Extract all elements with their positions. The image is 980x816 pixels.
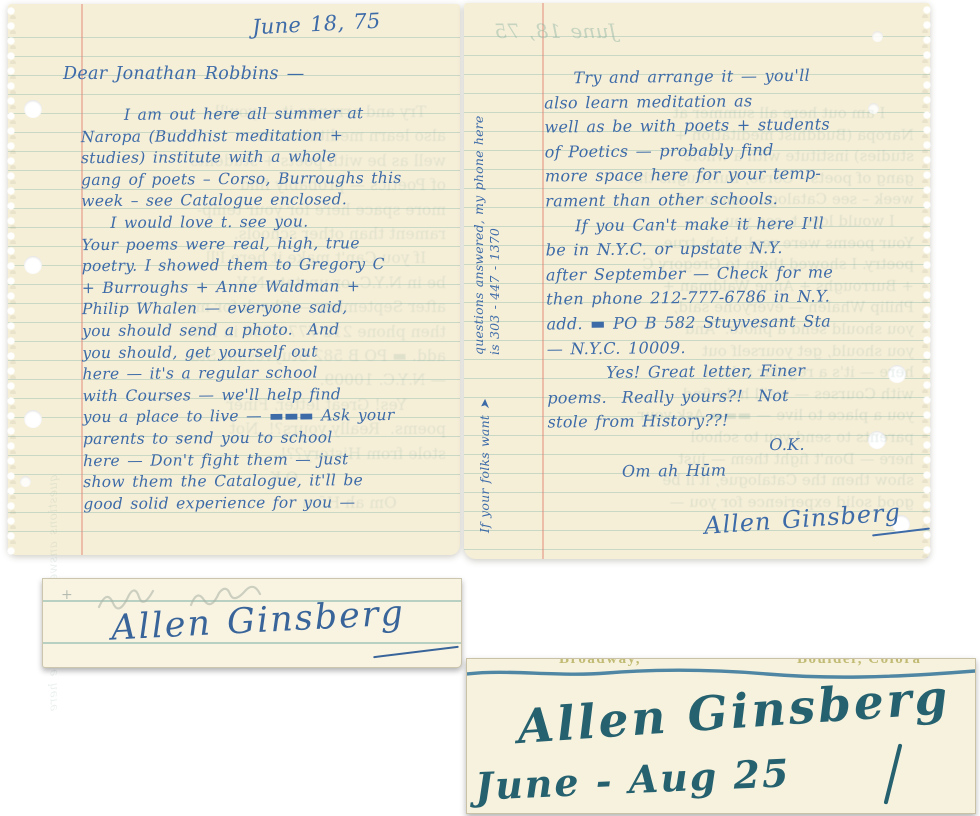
handwriting-line: show them the Catalogue, it'll be [83,470,404,494]
pencil-mark: + [61,587,73,603]
handwriting-line: Philip Whalen — everyone said, [82,297,403,321]
handwriting-line: more space here for your temp- [545,162,832,190]
punch-hole [868,103,879,114]
salutation: Dear Jonathan Robbins — [63,64,305,84]
handwriting-line: add. ▬ PO B 582 Stuyvesant Sta [546,309,833,337]
scanned-letter-collage: Try and arrange it — you'llalso learn me… [0,0,980,816]
letter-body-page-1: I am out here all summer atNaropa (Buddh… [81,103,404,516]
handwriting-line: also learn meditation as [544,88,831,116]
handwriting-line: with Courses — we'll help find [83,384,404,408]
handwriting-line: you should, get yourself out [82,340,403,364]
handwriting-line: Om ah Hūm [548,457,835,485]
handwriting-line: Your poems were real, high, true [81,232,402,256]
signature-detail-crop-2: Broadway, Boulder, Colora Allen Ginsberg… [466,658,976,814]
handwriting-line: gang of poets – Corso, Burroughs this [81,168,402,192]
margin-note-folks: If your folks want ➤ [477,399,493,533]
handwriting-line: be in N.Y.C. or upstate N.Y. [546,236,833,264]
pen-stroke [884,743,903,804]
handwriting-line: studies) institute with a whole [81,146,402,170]
handwriting-line: here — it's a regular school [82,362,403,386]
punch-hole [888,365,906,383]
handwriting-line: parents to send you to school [83,427,404,451]
bleed-through-date: June 18, 75 [494,19,617,43]
handwriting-line: then phone 212-777-6786 in N.Y. [546,285,833,313]
punch-hole [24,410,42,428]
margin-note-phone: questions answered, my phone here is 303… [471,116,502,356]
punch-hole [20,476,31,487]
torn-spiral-edge-left [7,4,20,555]
handwriting-line: after September — Check for me [546,260,833,288]
punch-hole [868,431,886,449]
handwriting-line: week – see Catalogue enclosed. [81,189,402,213]
handwriting-line: — N.Y.C. 10009. [547,334,834,362]
handwriting-line: Try and arrange it — you'll [544,64,831,92]
torn-spiral-edge-right [918,3,931,559]
handwriting-line: of Poetics — probably find [545,137,832,165]
punch-hole [24,100,42,118]
punch-hole [872,31,883,42]
letter-page-2: June 18, 75 I am out here all summer atN… [464,3,930,559]
handwriting-line: you a place to live — ▬▬▬ Ask your [83,405,404,429]
signature-detail-crop-1: + Allen Ginsberg [42,578,462,668]
handwriting-line: O.K. [548,432,835,460]
letter-body-page-2: Try and arrange it — you'llalso learn me… [544,64,835,485]
punch-hole [24,256,42,274]
handwriting-line: poems. Really yours?! Not [547,383,834,411]
date-range: June - Aug 25 [474,750,791,809]
handwriting-line: Yes! Great letter, Finer [547,359,834,387]
handwriting-line: stole from History??! [547,408,834,436]
ruled-line [43,642,461,644]
margin-note-line: is 303 - 447 - 1370 [487,116,503,356]
letter-date: June 18, 75 [251,9,381,40]
signature-flourish [373,646,459,659]
handwriting-line: good solid experience for you — [83,492,404,516]
handwriting-line: + Burroughs + Anne Waldman + [82,276,403,300]
handwriting-line: Naropa (Buddhist meditation + [81,124,402,148]
handwriting-line: If you Can't make it here I'll [545,211,832,239]
handwriting-line: here — Don't fight them — just [83,448,404,472]
letter-page-1: Try and arrange it — you'llalso learn me… [8,4,460,555]
margin-note-line: questions answered, my phone here [471,116,487,356]
handwriting-line: well as be with poets + students [544,113,831,141]
handwriting-line: you should send a photo. And [82,319,403,343]
handwriting-line: I would love t. see you. [81,211,402,235]
handwriting-line: rament than other schools. [545,186,832,214]
handwriting-line: I am out here all summer at [81,103,402,127]
handwriting-line: poetry. I showed them to Gregory C [82,254,403,278]
